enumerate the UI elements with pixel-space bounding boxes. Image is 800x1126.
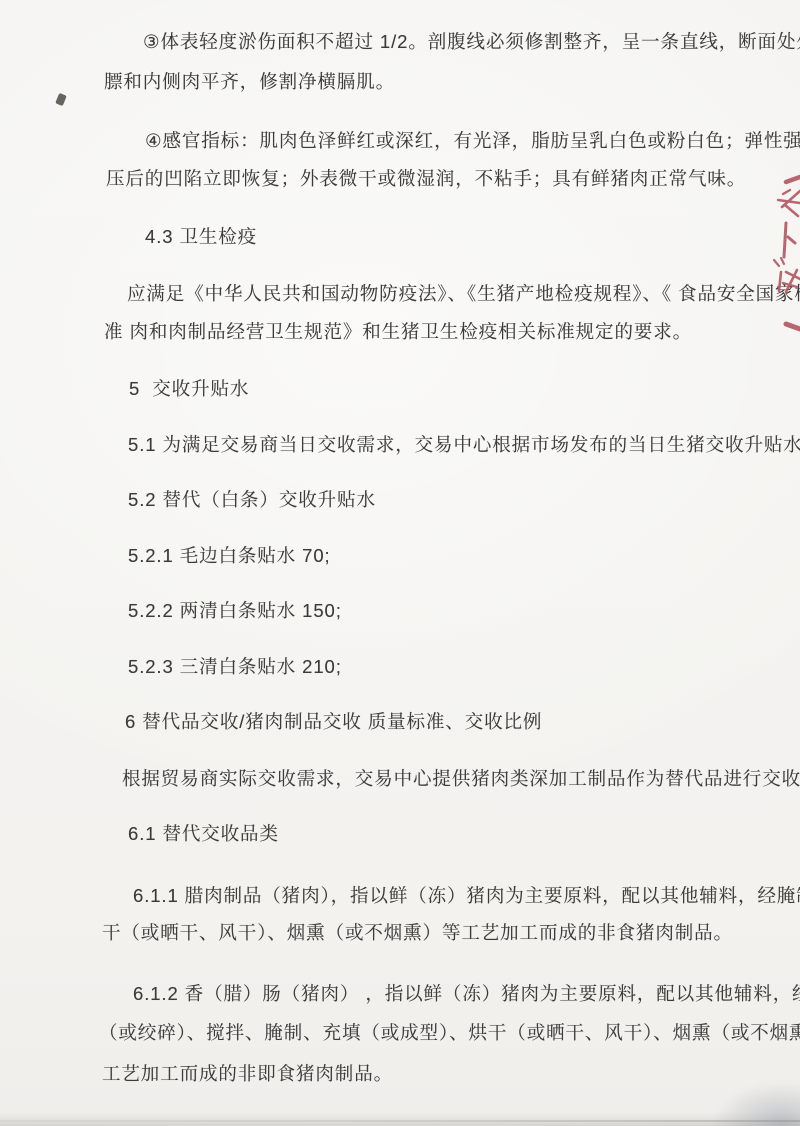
section-heading: 6 替代品交收/猪肉制品交收 质量标准、交收比例 — [125, 711, 542, 733]
section-heading: 6.1 替代交收品类 — [128, 823, 279, 845]
text-line: 根据贸易商实际交收需求，交易中心提供猪肉类深加工制品作为替代品进行交收的选择。 — [122, 768, 800, 790]
text-line: （或绞碎）、搅拌、腌制、充填（或成型）、烘干（或晒干、风干）、烟熏（或不烟熏）等 — [99, 1022, 800, 1044]
text-line: ④感官指标：肌肉色泽鲜红或深红，有光泽，脂肪呈乳白色或粉白色；弹性强， 指 — [145, 130, 800, 152]
text-line: 6.1.1 腊肉制品（猪肉），指以鲜（冻）猪肉为主要原料，配以其他辅料，经腌制、… — [133, 885, 800, 907]
text-line: 5.2.2 两清白条贴水 150; — [128, 600, 342, 622]
text-line: ③体表轻度淤伤面积不超过 1/2。剖腹线必须修割整齐，呈一条直线，断面处外侧 — [143, 31, 800, 53]
section-heading: 4.3 卫生检疫 — [145, 226, 257, 248]
text-line: 应满足《中华人民共和国动物防疫法》、《生猪产地检疫规程》、《 食品安全国家标 — [127, 283, 800, 305]
text-line: 6.1.2 香（腊）肠（猪肉） ，指以鲜（冻）猪肉为主要原料，配以其他辅料，经切… — [133, 983, 800, 1005]
text-line: 干（或晒干、风干）、烟熏（或不烟熏）等工艺加工而成的非食猪肉制品。 — [102, 922, 733, 944]
section-heading: 5.2 替代（白条）交收升贴水 — [128, 489, 376, 511]
document-page: ③体表轻度淤伤面积不超过 1/2。剖腹线必须修割整齐，呈一条直线，断面处外侧 膘… — [0, 0, 800, 1126]
text-line: 工艺加工而成的非即食猪肉制品。 — [102, 1063, 393, 1085]
text-line: 压后的凹陷立即恢复；外表微干或微湿润，不粘手；具有鲜猪肉正常气味。 — [106, 168, 746, 190]
text-line: 5.1 为满足交易商当日交收需求，交易中心根据市场发布的当日生猪交收升贴水。 — [128, 434, 800, 456]
text-line: 准 肉和肉制品经营卫生规范》和生猪卫生检疫相关标准规定的要求。 — [104, 321, 692, 343]
section-heading: 5 交收升贴水 — [129, 378, 249, 400]
scan-speck — [55, 93, 67, 106]
scan-corner-shadow — [712, 1082, 800, 1126]
text-line: 5.2.3 三清白条贴水 210; — [128, 656, 342, 678]
text-line: 膘和内侧肉平齐，修割净横膈肌。 — [104, 71, 395, 93]
text-line: 5.2.1 毛边白条贴水 70; — [128, 545, 331, 567]
red-ink-annotation — [746, 160, 800, 352]
scan-edge-shadow — [0, 1112, 800, 1126]
